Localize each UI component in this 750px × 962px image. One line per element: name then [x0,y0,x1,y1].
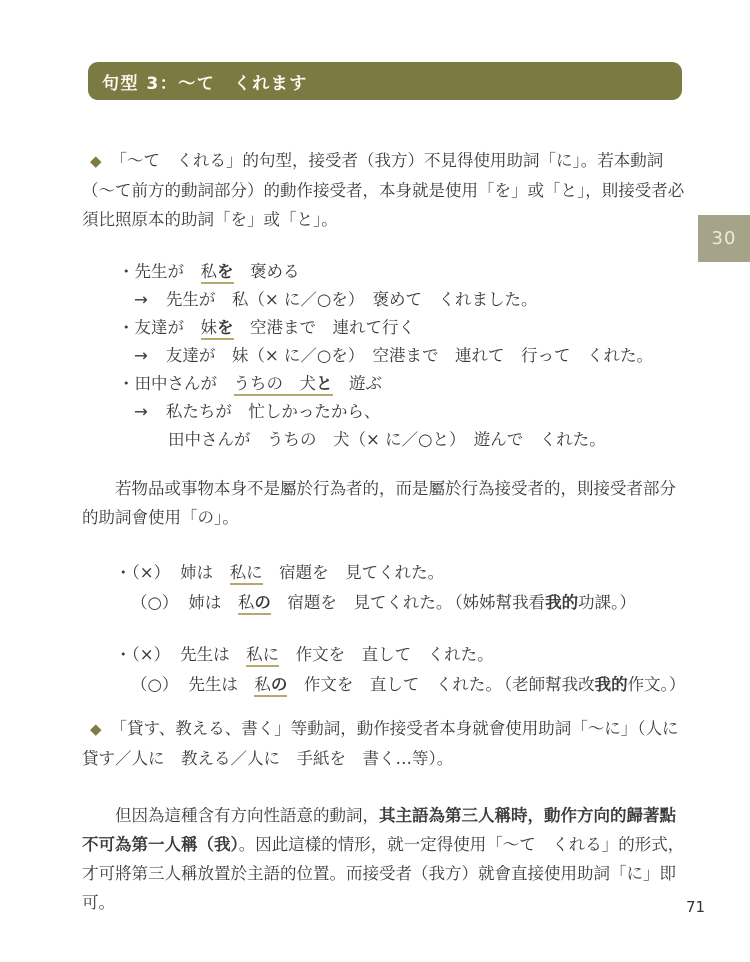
text-segment: 先生が 私（× に／○を） 褒めて くれました。 [166,290,538,309]
intro-text: 「〜て くれる」的句型，接受者（我方）不見得使用助詞「に」。若本動詞（〜て前方的… [82,151,684,229]
text-segment: 田中さんが [135,374,234,393]
correct-example-line: （○）姉は 私の 宿題を 見てくれた。（姊姊幫我看我的功課。） [82,588,692,618]
example-2-result-line: →友達が 妹（× に／○を） 空港まで 連れて 行って くれた。 [82,342,692,370]
correct-mark: （○） [131,593,178,612]
arrow-icon: → [134,290,148,309]
text-segment: 宿題を 見てくれた。 [271,593,453,612]
underlined-phrase: 私の [254,675,287,697]
arrow-icon: → [134,402,148,421]
bullet-icon: ・ [118,318,135,337]
text-segment: （姊姊幫我看 [454,593,545,612]
bullet-icon: ・ [118,374,135,393]
example-3-source-line: ・田中さんが うちの 犬と 遊ぶ [82,370,692,398]
chapter-number: 30 [712,228,737,249]
wrong-mark: （×） [132,563,171,582]
text-segment: 作文を 直して くれた。 [287,675,502,694]
text-segment: 若物品或事物本身不是屬於行為者的，而是屬於行為接受者的，則接受者部分的助詞會使用… [82,479,676,527]
text-segment: 褒める [234,262,300,281]
text-segment: 田中さんが うちの 犬（× に／○と） 遊んで くれた。 [168,430,606,449]
underlined-phrase: 私を [201,262,234,284]
text-segment: 空港まで 連れて行く [234,318,416,337]
arrow-icon: → [134,346,148,365]
example-2-source-line: ・友達が 妹を 空港まで 連れて行く [82,314,692,342]
correct-mark: （○） [131,675,178,694]
text-segment: （老師幫我改 [504,675,595,694]
translation-note: （姊姊幫我看我的功課。） [454,593,636,612]
underlined-phrase: 私に [230,563,263,585]
bullet-icon: ・ [118,262,135,281]
text-segment: 先生は [180,645,246,664]
text-segment: 友達が [135,318,201,337]
page-number: 71 [686,898,705,916]
text-segment: 姉は [188,593,238,612]
section-header-banner: 句型 3：〜て くれます [88,62,682,100]
text-segment: 作文。） [628,675,686,694]
underlined-phrase: うちの 犬と [234,374,333,396]
possessive-rule-paragraph: 若物品或事物本身不是屬於行為者的，而是屬於行為接受者的，則接受者部分的助詞會使用… [82,474,692,532]
text-segment: 私 [254,675,271,694]
text-segment: 姉は [180,563,230,582]
correct-example-line: （○）先生は 私の 作文を 直して くれた。（老師幫我改我的作文。） [82,670,692,700]
text-segment: 功課。） [578,593,636,612]
bullet-icon: ・ [115,645,132,664]
underlined-phrase: 私の [238,593,271,615]
text-segment: うちの 犬 [234,374,317,393]
text-segment: 私 [238,593,255,612]
wrong-example-line: ・（×）先生は 私に 作文を 直して くれた。 [82,640,692,670]
text-segment: 遊ぶ [333,374,383,393]
emphasis-bold: 我的 [545,593,578,612]
translation-note: （老師幫我改我的作文。） [504,675,686,694]
example-3-result-line-2: 田中さんが うちの 犬（× に／○と） 遊んで くれた。 [82,426,692,454]
wrong-mark: （×） [132,645,171,664]
bullet-icon: ・ [115,563,132,582]
example-list: ・先生が 私を 褒める →先生が 私（× に／○を） 褒めて くれました。 ・友… [82,258,692,454]
intro-paragraph: ◆「〜て くれる」的句型，接受者（我方）不見得使用助詞「に」。若本動詞（〜て前方… [82,146,692,234]
text-segment: 先生が [135,262,201,281]
diamond-bullet-icon: ◆ [90,152,102,170]
emphasis-bold: 我的 [595,675,628,694]
underlined-phrase: 妹を [201,318,234,340]
text-segment: 「貸す、教える、書く」等動詞，動作接受者本身就會使用助詞「〜に」（人に 貸す／人… [82,719,695,768]
particle-bold: を [217,318,234,337]
text-segment: 宿題を 見てくれた。 [263,563,445,582]
example-3-result-line-1: →私たちが 忙しかったから、 [82,398,692,426]
particle-bold: と [316,374,333,393]
particle-bold: の [254,593,271,612]
wrong-example-line: ・（×）姉は 私に 宿題を 見てくれた。 [82,558,692,588]
particle-bold: を [217,262,234,281]
directional-verbs-paragraph: ◆「貸す、教える、書く」等動詞，動作接受者本身就會使用助詞「〜に」（人に 貸す／… [82,714,692,773]
text-segment: 妹 [201,318,218,337]
chapter-side-tab: 30 [698,215,750,262]
example-1-source-line: ・先生が 私を 褒める [82,258,692,286]
text-segment: 但因為這種含有方向性語意的動詞， [115,806,379,825]
text-segment: 先生は [188,675,254,694]
example-1-result-line: →先生が 私（× に／○を） 褒めて くれました。 [82,286,692,314]
text-segment: 友達が 妹（× に／○を） 空港まで 連れて 行って くれた。 [166,346,653,365]
section-title: 句型 3：〜て くれます [102,69,308,94]
conclusion-paragraph: 但因為這種含有方向性語意的動詞，其主語為第三人稱時，動作方向的歸著點不可為第一人… [82,801,692,917]
particle-bold: の [271,675,288,694]
page-content: ◆「〜て くれる」的句型，接受者（我方）不見得使用助詞「に」。若本動詞（〜て前方… [82,146,692,917]
text-segment: 作文を 直して くれた。 [279,645,494,664]
textbook-page: 句型 3：〜て くれます 30 ◆「〜て くれる」的句型，接受者（我方）不見得使… [0,0,750,962]
text-segment: 私たちが 忙しかったから、 [166,402,381,421]
text-segment: 私 [201,262,218,281]
diamond-bullet-icon: ◆ [90,720,102,738]
comparison-pair-1: ・（×）姉は 私に 宿題を 見てくれた。 （○）姉は 私の 宿題を 見てくれた。… [82,558,692,618]
comparison-pair-2: ・（×）先生は 私に 作文を 直して くれた。 （○）先生は 私の 作文を 直し… [82,640,692,700]
underlined-phrase: 私に [246,645,279,667]
